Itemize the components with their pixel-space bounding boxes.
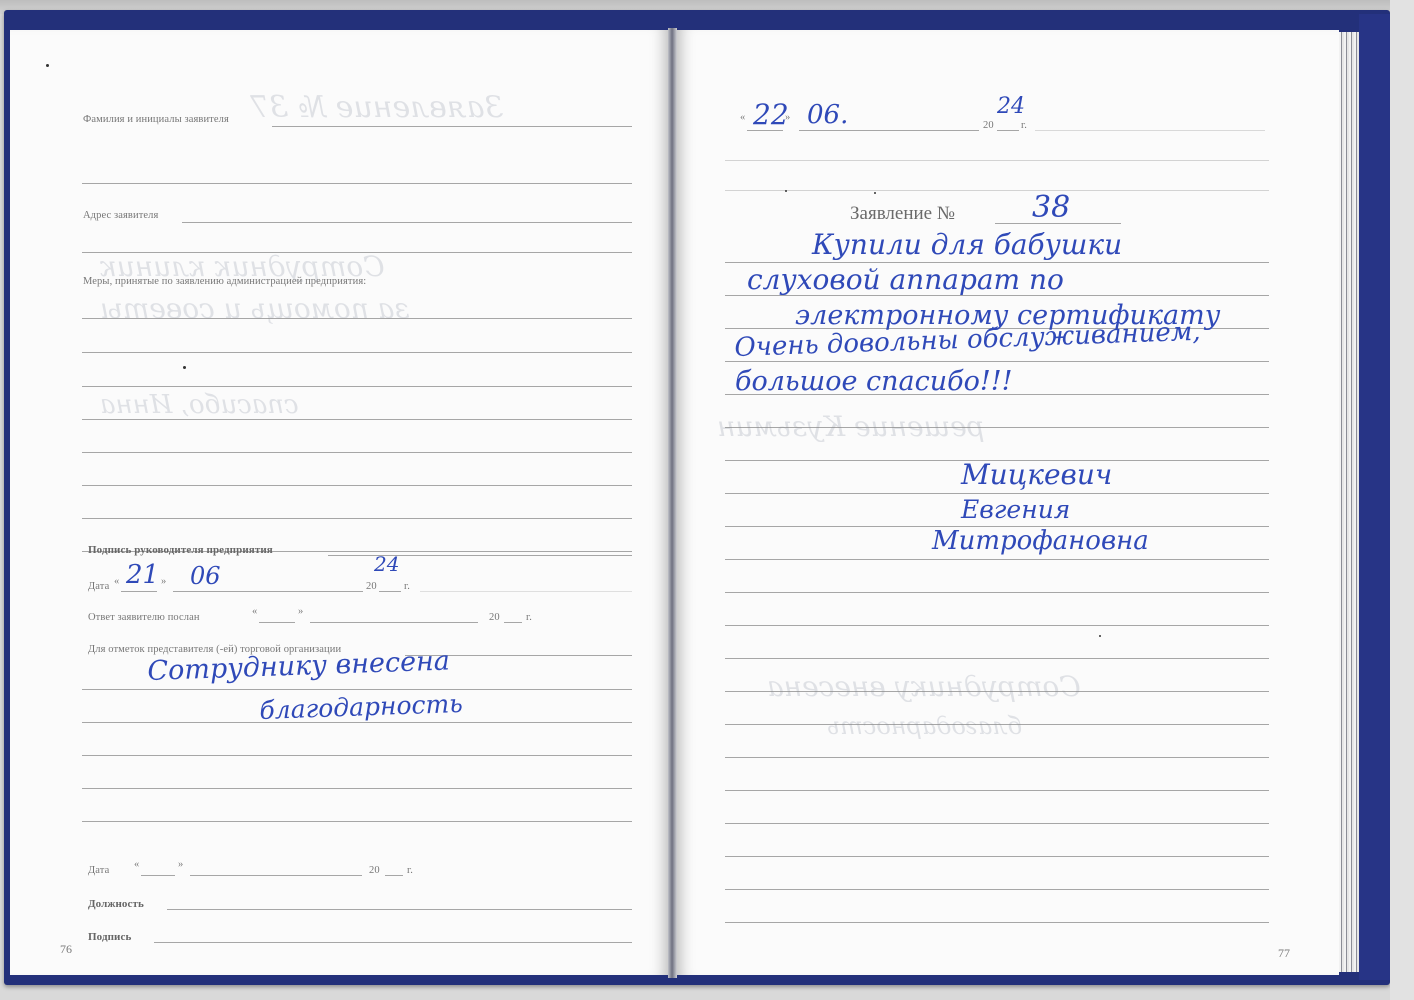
ruled-line [725,493,1269,494]
applicant-address-line [182,222,632,223]
notes-line [82,788,632,789]
handwritten-statement-number: 38 [1032,190,1070,225]
signature-label: Подпись [88,931,131,943]
ruled-line [725,790,1269,791]
measures-line [82,318,632,319]
cover-right-flap [1359,14,1390,980]
date-year-prefix: 20 [366,581,377,592]
handwritten-body-line: большое спасибо!!! [735,366,1012,397]
ruled-line [725,922,1269,923]
date-month-line [799,130,979,131]
bottom-date-year-line [385,875,403,876]
reply-year-line [504,622,522,623]
handwritten-note-line2: благодарность [259,689,463,725]
reply-close-quote: » [298,606,303,617]
measures-line [82,386,632,387]
ruled-line [725,625,1269,626]
date-open-quote: « [740,112,745,123]
ink-speck [874,192,876,194]
notes-line [82,722,632,723]
ruled-line [725,724,1269,725]
measures-label: Меры, принятые по заявлению администраци… [83,276,366,287]
bottom-date-month-line [190,875,362,876]
notes-line [82,689,632,690]
ruled-line [725,361,1269,362]
date-year-suffix: г. [1021,120,1027,131]
page-number-right: 77 [1278,946,1290,961]
applicant-name-line-2 [82,183,632,184]
show-through-text: Сотруднику внесена [767,670,1081,703]
ink-speck [46,64,49,67]
ruled-line [725,160,1269,161]
date-year-suffix: г. [404,581,410,592]
measures-line [82,518,632,519]
bottom-date-close-quote: » [178,859,183,870]
handwritten-signature-patronymic: Митрофановна [932,526,1149,556]
statement-number-label: Заявление № [850,203,955,225]
date-open-quote: « [114,576,119,587]
ruled-line [725,592,1269,593]
ink-speck [785,190,787,192]
ruled-line [725,889,1269,890]
handwritten-body-line: Купили для бабушки [812,228,1122,261]
handwritten-date-year: 24 [997,94,1025,119]
handwritten-date-month: 06. [807,100,848,130]
date-year-line [379,591,401,592]
position-line [167,909,632,910]
date-day-line [121,591,157,592]
show-through-text: за помощь и советы [100,292,410,325]
reply-day-line [259,622,295,623]
bottom-date-open-quote: « [134,859,139,870]
signature-line [154,942,632,943]
measures-line [82,419,632,420]
applicant-name-label: Фамилия и инициалы заявителя [83,114,229,125]
position-label: Должность [88,898,144,910]
applicant-address-label: Адрес заявителя [83,210,158,221]
page-number-left: 76 [60,942,72,957]
date-year-line [997,130,1019,131]
show-through-text: благодарность [827,712,1022,740]
date-year-prefix: 20 [983,120,994,131]
bottom-date-label: Дата [88,865,109,876]
ruled-line [725,856,1269,857]
book-spine [668,28,677,978]
ruled-line [725,190,1269,191]
ruled-line [725,757,1269,758]
reply-month-line [310,622,478,623]
ruled-line [725,691,1269,692]
handwritten-signature-surname: Мицкевич [961,458,1112,491]
applicant-name-line [272,126,632,127]
reply-sent-label: Ответ заявителю послан [88,612,200,623]
show-through-text: Заявление № 37 [250,90,503,125]
date-close-quote: » [161,576,166,587]
handwritten-date-month: 06 [190,562,221,590]
handwritten-date-day: 21 [126,560,159,590]
reply-year-suffix: г. [526,612,532,623]
reply-open-quote: « [252,606,257,617]
notes-line [82,755,632,756]
handwritten-body-line: слуховой аппарат по [747,263,1064,296]
handwritten-date-year: 24 [374,552,399,576]
bottom-date-year-suffix: г. [407,865,413,876]
ink-speck [183,366,186,369]
ink-speck [1099,635,1101,637]
measures-line [82,485,632,486]
bottom-date-year-prefix: 20 [369,865,380,876]
notes-line [82,821,632,822]
right-page: решение Кузьмин Сотруднику внесена благо… [677,30,1339,975]
date-label: Дата [88,581,109,592]
ruled-line [725,823,1269,824]
bottom-date-day-line [141,875,175,876]
date-tail-line [1035,130,1265,131]
handwritten-signature-name: Евгения [961,495,1070,524]
ruled-line [725,658,1269,659]
page-stack-edges [1339,32,1359,972]
applicant-address-line-2 [82,252,632,253]
show-through-text: спасибо, Инна [100,390,299,420]
handwritten-date-day: 22 [753,98,789,131]
reply-year-prefix: 20 [489,612,500,623]
date-tail-line [420,591,632,592]
measures-line [82,352,632,353]
measures-line [82,452,632,453]
date-month-line [173,591,363,592]
ruled-line [725,559,1269,560]
scanner-edge [1390,0,1414,1000]
manager-signature-label: Подпись руководителя предприятия [88,544,273,556]
ruled-line [725,427,1269,428]
left-page: Заявление № 37 Сотрудник клиник за помощ… [10,30,668,975]
